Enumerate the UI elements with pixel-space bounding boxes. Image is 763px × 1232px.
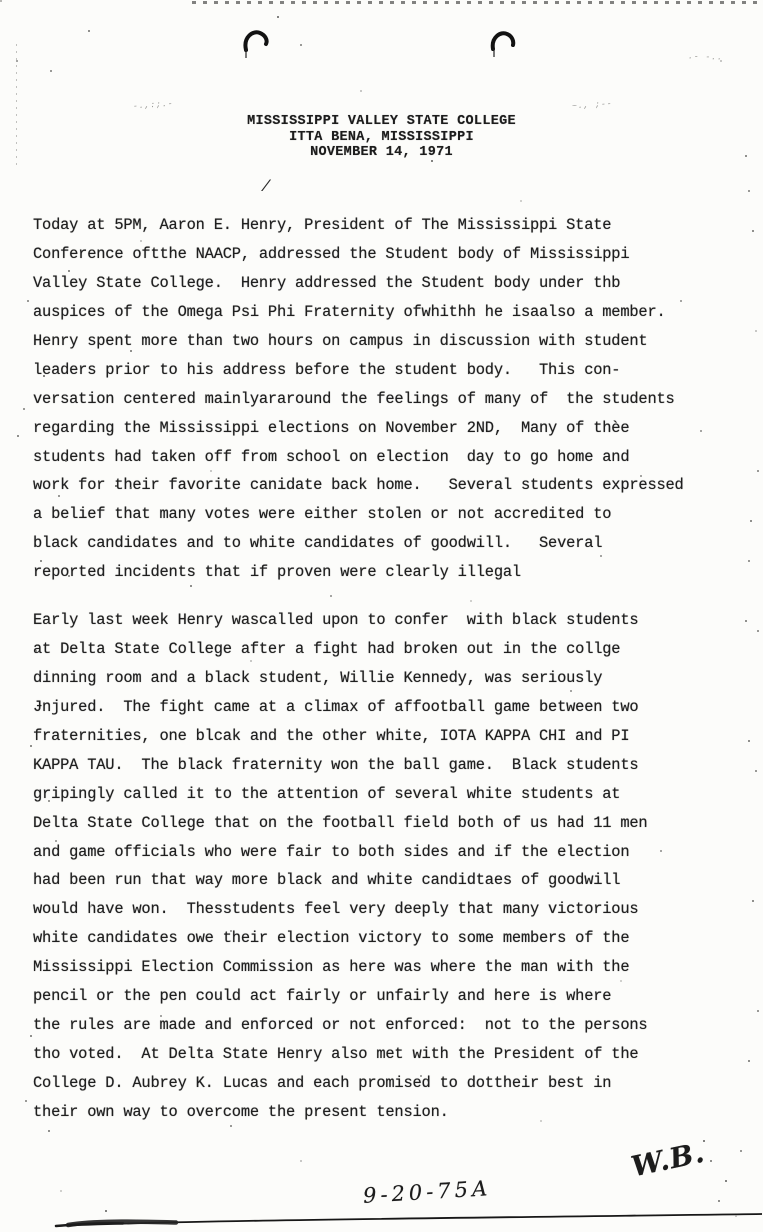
scan-smudge: ~., ;-- <box>572 100 613 112</box>
scanned-document-page: -.,:;.- ~., ;-- .- -.. MISSISSIPPI VALLE… <box>0 0 763 1232</box>
header-city-line: ITTA BENA, MISSISSIPPI <box>247 130 516 146</box>
text-line: tho voted. At Delta State Henry also met… <box>33 1045 748 1074</box>
text-line: Delta State College that on the football… <box>33 814 748 843</box>
text-line: fraternities, one blcak and the other wh… <box>33 727 748 756</box>
text-line: had been run that way more black and whi… <box>33 871 748 900</box>
text-line: and game officials who were fair to both… <box>33 843 748 872</box>
staple-mark-right <box>487 28 519 60</box>
text-line: Ɉnjured. The fight came at a climax of a… <box>33 698 748 727</box>
paragraph-1: Today at 5PM, Aaron E. Henry, President … <box>33 216 748 592</box>
text-line: auspices of the Omega Psi Phi Fraternity… <box>33 303 748 332</box>
text-line: Conference oftthe NAACP, addressed the S… <box>33 245 748 274</box>
header-date-line: NOVEMBER 14, 1971 <box>247 145 516 161</box>
text-line: versation centered mainlyararound the fe… <box>33 390 748 419</box>
text-line: dinning room and a black student, Willie… <box>33 669 748 698</box>
text-line: leaders prior to his address before the … <box>33 361 748 390</box>
text-line: work for their favorite canidate back ho… <box>33 476 748 505</box>
handwritten-date: 9-20-75A <box>362 1176 491 1208</box>
text-line: gripingly called it to the attention of … <box>33 785 748 814</box>
text-line: at Delta State College after a fight had… <box>33 640 748 669</box>
bottom-scan-streak <box>48 1206 763 1232</box>
text-line: a belief that many votes were either sto… <box>33 505 748 534</box>
text-line: Henry spent more than two hours on campu… <box>33 332 748 361</box>
text-line: the rules are made and enforced or not e… <box>33 1016 748 1045</box>
text-line: College D. Aubrey K. Lucas and each prom… <box>33 1074 748 1103</box>
staple-mark-left <box>240 28 272 60</box>
document-header: MISSISSIPPI VALLEY STATE COLLEGE ITTA BE… <box>247 114 516 161</box>
scan-smudge: -.,:;.- <box>133 100 174 112</box>
text-line: would have won. Thesstudents feel very d… <box>33 900 748 929</box>
text-line: Today at 5PM, Aaron E. Henry, President … <box>33 216 748 245</box>
paragraph-2: Early last week Henry wascalled upon to … <box>33 611 748 1132</box>
scan-noise-specks-light <box>0 0 2 2</box>
scan-smudge: .- -.. <box>688 52 723 62</box>
text-line: students had taken off from school on el… <box>33 448 748 477</box>
text-line: KAPPA TAU. The black fraternity won the … <box>33 756 748 785</box>
text-line: white candidates owe their election vict… <box>33 929 748 958</box>
text-line: Valley State College. Henry addressed th… <box>33 274 748 303</box>
stray-slash-mark: / <box>261 178 271 196</box>
text-line: reported incidents that if proven were c… <box>33 563 748 592</box>
text-line: Mississippi Election Commission as here … <box>33 958 748 987</box>
text-line: their own way to overcome the present te… <box>33 1103 748 1132</box>
handwritten-initials: W.B. <box>628 1136 707 1184</box>
text-line: regarding the Mississippi elections on N… <box>33 419 748 448</box>
text-line: pencil or the pen could act fairly or un… <box>33 987 748 1016</box>
text-line: Early last week Henry wascalled upon to … <box>33 611 748 640</box>
perforated-top-edge <box>192 1 763 4</box>
text-line: black candidates and to white candidates… <box>33 534 748 563</box>
page-edge-dots <box>16 44 17 169</box>
header-college-name: MISSISSIPPI VALLEY STATE COLLEGE <box>247 114 516 130</box>
